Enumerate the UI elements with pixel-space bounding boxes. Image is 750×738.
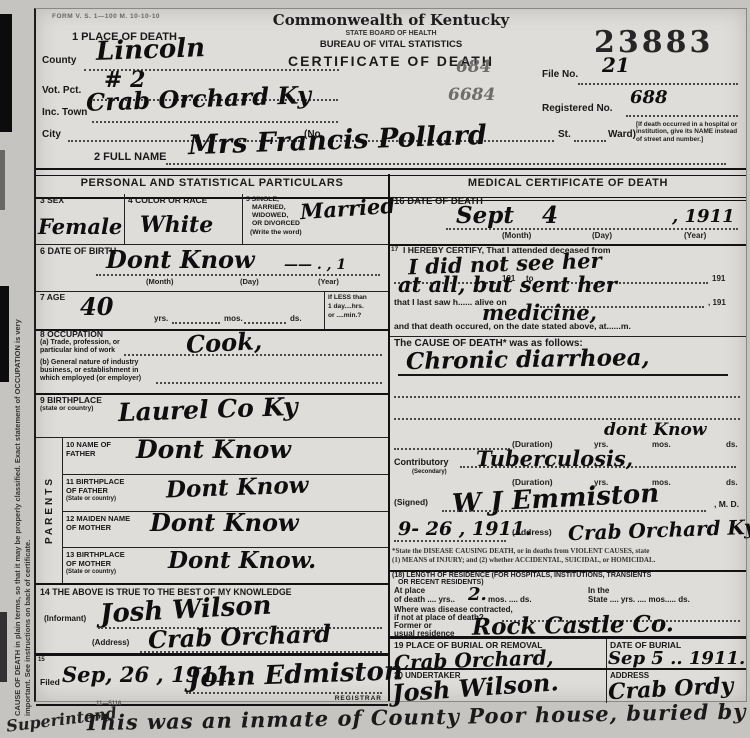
inc-town-label: Inc. Town xyxy=(42,107,87,118)
informant-label: (Informant) xyxy=(44,615,86,624)
filed-number: 15 xyxy=(38,657,45,664)
dod-day-caption: (Day) xyxy=(592,231,612,240)
filed-label: Filed xyxy=(40,678,60,687)
birthplace-row: 9 BIRTHPLACE (state or country) Laurel C… xyxy=(36,393,388,438)
signed-row: (Signed) W J Emmiston , M. D. xyxy=(390,486,746,518)
leader xyxy=(394,396,740,398)
leader xyxy=(626,115,738,117)
contributory-label: Contributory xyxy=(394,458,449,468)
registrar-signature: John Edmiston xyxy=(188,658,404,691)
dob-value: Dont Know xyxy=(106,248,255,272)
at-place-label-3: mos. .... ds. xyxy=(488,596,532,605)
margin-line-1: CAUSE OF DEATH in plain terms, so that i… xyxy=(13,14,23,716)
city-label: City xyxy=(42,129,61,140)
mother-name-row: 12 MAIDEN NAME OF MOTHER Dont Know xyxy=(62,511,388,548)
dob-label: 6 DATE OF BIRTH xyxy=(40,247,116,257)
certify-number: 17 xyxy=(391,246,398,253)
age-less-line-1: If LESS than xyxy=(328,294,367,301)
in-state-label-2: State .... yrs. .... mos..... ds. xyxy=(588,596,690,605)
board-title: STATE BOARD OF HEALTH xyxy=(206,30,576,37)
agency-header: Commonwealth of Kentucky STATE BOARD OF … xyxy=(206,11,576,69)
signed-label: (Signed) xyxy=(394,498,428,507)
stray-number-1: 684 xyxy=(456,59,492,76)
age-label: 7 AGE xyxy=(40,293,65,302)
certify-191-b: 191 xyxy=(712,274,725,283)
birthplace-sub-label: (state or country) xyxy=(40,405,93,412)
form-code: FORM V. S. 1—100 M. 10-10-10 xyxy=(52,13,160,20)
burial-date-value: Sep 5 .. 1911. xyxy=(608,650,745,668)
institution-note: [If death occurred in a hospital or inst… xyxy=(636,121,742,143)
at-place-label-2: of death .... yrs.. xyxy=(394,596,455,605)
father-name-label: 10 NAME OF xyxy=(66,441,111,449)
certificate-title: CERTIFICATE OF DEATH xyxy=(206,53,576,69)
marital-label-1: 5 SINGLE, xyxy=(246,196,279,203)
stray-number-2: 6684 xyxy=(448,87,495,104)
md-label: , M. D. xyxy=(714,500,739,509)
leader xyxy=(186,692,382,694)
occupation-a-line-2: particular kind of work xyxy=(40,347,115,355)
cause-underline xyxy=(398,374,728,376)
age-less-line-3: or ....min.? xyxy=(328,312,361,319)
county-value: Lincoln xyxy=(96,35,206,65)
signed-address-label: (Address) xyxy=(512,528,552,537)
race-value: White xyxy=(140,214,213,236)
leader xyxy=(92,121,338,123)
dob-month-caption: (Month) xyxy=(146,277,173,286)
county-label: County xyxy=(42,55,76,66)
cause-value: Chronic diarrhoea, xyxy=(406,346,650,373)
occupation-b-line-2: business, or establishment in xyxy=(40,367,138,375)
mother-birthplace-label-2: OF MOTHER xyxy=(66,560,111,568)
cause-block: The CAUSE OF DEATH* was as follows: Chro… xyxy=(390,336,746,486)
occupation-row: 8 OCCUPATION (a) Trade, profession, or p… xyxy=(36,329,388,395)
cause-footnote: *State the DISEASE CAUSING DEATH, or in … xyxy=(390,546,746,572)
occupation-b-line-3: which employed (or employer) xyxy=(40,375,141,383)
age-row: 7 AGE 40 yrs. mos. ds. If LESS than 1 da… xyxy=(36,291,388,331)
scan-artifact xyxy=(0,286,9,382)
parents-strip: PARENTS xyxy=(36,437,63,583)
mother-name-label: 12 MAIDEN NAME xyxy=(66,515,130,523)
bureau-title: BUREAU OF VITAL STATISTICS xyxy=(206,39,576,50)
occupation-label: 8 OCCUPATION xyxy=(40,330,103,339)
age-ds-label: ds. xyxy=(290,314,302,323)
footnote-line-2: (1) MEANS of INJURY; and (2) whether ACC… xyxy=(392,557,655,565)
mother-birthplace-sub: (State or country) xyxy=(66,569,116,576)
scan-artifact xyxy=(0,150,5,210)
contributory-value: Tuberculosis, xyxy=(476,448,633,469)
dod-day-value: 4 xyxy=(542,204,558,227)
marital-label-3: WIDOWED, xyxy=(252,212,288,219)
certify-handwriting-2: at all, but sent her xyxy=(398,274,617,295)
age-mos-label: mos. xyxy=(224,314,243,323)
occupation-a-value: Cook, xyxy=(185,329,262,357)
full-name-label: 2 FULL NAME xyxy=(94,151,167,163)
leader xyxy=(578,83,738,85)
signed-date-row: 9- 26 , 1911. (Address) Crab Orchard Ky xyxy=(390,518,746,546)
registered-no-value: 688 xyxy=(630,89,668,107)
vot-pct-label: Vot. Pct. xyxy=(42,85,81,96)
dob-year-caption: (Year) xyxy=(318,277,339,286)
duration-mos-label: mos. xyxy=(652,440,671,449)
sex-cell: 3 SEX Female xyxy=(36,194,125,245)
occupation-a-line-1: (a) Trade, profession, or xyxy=(40,339,120,347)
parents-label: PARENTS xyxy=(44,476,55,544)
father-birthplace-row: 11 BIRTHPLACE OF FATHER (State or countr… xyxy=(62,474,388,512)
mother-birthplace-row: 13 BIRTHPLACE OF MOTHER (State or countr… xyxy=(62,547,388,583)
registrar-label: REGISTRAR xyxy=(335,695,382,702)
dob-row: 6 DATE OF BIRTH Dont Know —— . , 1 (Mont… xyxy=(36,244,388,292)
leader xyxy=(96,274,380,276)
dod-month-value: Sept xyxy=(456,204,514,227)
marital-cell: 5 SINGLE, MARRIED, WIDOWED, OR DIVORCED … xyxy=(242,194,388,245)
inc-town-value: Crab Orchard Ky xyxy=(86,83,312,115)
dod-month-caption: (Month) xyxy=(502,231,531,240)
undertaker-cell: 20 UNDERTAKER Josh Wilson. xyxy=(390,670,607,703)
medical-column: MEDICAL CERTIFICATE OF DEATH 16 DATE OF … xyxy=(390,174,746,701)
mother-birthplace-value: Dont Know. xyxy=(168,549,316,572)
margin-line-2: important. See instructions on back of c… xyxy=(23,14,33,716)
certify-191-c: , 191 xyxy=(708,298,726,307)
attestation-block: 14 THE ABOVE IS TRUE TO THE BEST OF MY K… xyxy=(36,583,388,655)
birthplace-label: 9 BIRTHPLACE xyxy=(40,396,102,405)
signed-address-value: Crab Orchard Ky xyxy=(568,517,750,544)
at-place-months-value: 2. xyxy=(468,586,487,604)
scan-artifact xyxy=(0,612,7,682)
filed-block: 15 Filed Sep, 26 , 1911. John Edmiston R… xyxy=(36,653,388,706)
leader xyxy=(442,510,706,512)
age-value: 40 xyxy=(80,295,113,319)
leader xyxy=(244,322,286,324)
residence-block: (18) LENGTH OF RESIDENCE (FOR HOSPITALS,… xyxy=(390,570,746,636)
city-ward-label: Ward) xyxy=(608,129,636,140)
marital-value: Married xyxy=(299,195,395,223)
leader xyxy=(166,163,726,165)
leader xyxy=(172,322,220,324)
certify-handwriting-3: medicine, xyxy=(482,302,597,323)
parents-block: PARENTS 10 NAME OF FATHER Dont Know 11 B… xyxy=(36,437,388,583)
footnote-line-1: *State the DISEASE CAUSING DEATH, or in … xyxy=(392,548,649,556)
mother-name-value: Dont Know xyxy=(150,511,299,535)
margin-instructions: CAUSE OF DEATH in plain terms, so that i… xyxy=(13,14,33,716)
burial-place-cell: 19 PLACE OF BURIAL OR REMOVAL Crab Orcha… xyxy=(390,639,607,671)
personal-column: PERSONAL AND STATISTICAL PARTICULARS 3 S… xyxy=(36,174,390,701)
leader xyxy=(394,540,506,542)
scan-artifact xyxy=(0,14,12,132)
commonwealth-title: Commonwealth of Kentucky xyxy=(206,11,576,29)
leader xyxy=(574,140,606,142)
leader xyxy=(124,354,382,356)
leader xyxy=(156,382,382,384)
undertaker-row: 20 UNDERTAKER Josh Wilson. ADDRESS Crab … xyxy=(390,668,746,703)
leader xyxy=(446,228,738,230)
father-birthplace-sub: (State or country) xyxy=(66,496,116,503)
marital-label-2: MARRIED, xyxy=(252,204,286,211)
former-residence-value: Rock Castle Co. xyxy=(472,612,674,639)
dod-year-caption: (Year) xyxy=(684,231,706,240)
informant-address-label: (Address) xyxy=(92,639,129,648)
occupation-b-line-1: (b) General nature of industry xyxy=(40,359,138,367)
birthplace-value: Laurel Co Ky xyxy=(118,394,298,425)
burial-row: 19 PLACE OF BURIAL OR REMOVAL Crab Orcha… xyxy=(390,636,746,671)
registered-no-label: Registered No. xyxy=(542,103,613,114)
burial-date-cell: DATE OF BURIAL Sep 5 .. 1911. xyxy=(606,639,746,671)
date-of-death-row: 16 DATE OF DEATH Sept 4 , 1911 (Month) (… xyxy=(390,194,746,246)
file-no-label: File No. xyxy=(542,69,578,80)
duration-ds-label: ds. xyxy=(726,440,738,449)
mother-name-label-2: OF MOTHER xyxy=(66,524,111,532)
sex-label: 3 SEX xyxy=(40,196,64,205)
death-certificate-scan: CAUSE OF DEATH in plain terms, so that i… xyxy=(0,0,750,738)
contributory-sub-label: (Secondary) xyxy=(412,469,447,476)
age-yrs-label: yrs. xyxy=(154,314,168,323)
sex-value: Female xyxy=(38,216,122,237)
mother-birthplace-label: 13 BIRTHPLACE xyxy=(66,551,125,559)
informant-address-value: Crab Orchard xyxy=(148,622,332,652)
marital-sub-label: (Write the word) xyxy=(250,229,302,236)
father-birthplace-label-2: OF FATHER xyxy=(66,487,108,495)
father-name-label-2: FATHER xyxy=(66,450,95,458)
dob-extra: —— . , 1 xyxy=(284,258,346,272)
certificate-form: FORM V. S. 1—100 M. 10-10-10 Commonwealt… xyxy=(34,8,747,702)
certify-block: 17 I HEREBY CERTIFY, That I attended dec… xyxy=(390,244,746,337)
full-name-value: Mrs Francis Pollard xyxy=(188,122,488,159)
father-birthplace-label: 11 BIRTHPLACE xyxy=(66,478,124,486)
dob-day-caption: (Day) xyxy=(240,277,259,286)
dod-year-value: , 1911 xyxy=(672,208,735,226)
race-cell: 4 COLOR OR RACE White xyxy=(124,194,243,245)
city-st-label: St. xyxy=(558,129,571,140)
father-birthplace-value: Dont Know xyxy=(166,474,309,502)
age-less-box: If LESS than 1 day....hrs. or ....min.? xyxy=(324,291,389,329)
marital-label-4: OR DIVORCED xyxy=(252,220,300,227)
race-label: 4 COLOR OR RACE xyxy=(128,196,207,205)
file-no-value: 21 xyxy=(602,55,630,75)
father-name-value: Dont Know xyxy=(136,437,291,462)
father-name-row: 10 NAME OF FATHER Dont Know xyxy=(62,437,388,475)
age-less-line-2: 1 day....hrs. xyxy=(328,303,364,310)
duration-value: dont Know xyxy=(604,422,706,439)
